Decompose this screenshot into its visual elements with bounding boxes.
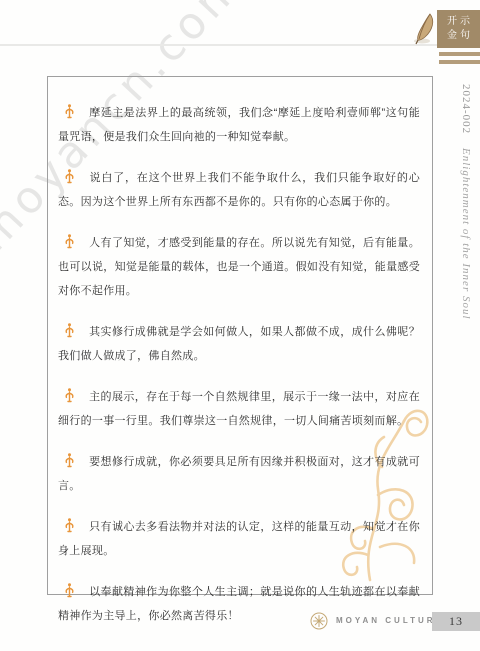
badge-decor-bar: [439, 60, 480, 64]
side-caption-title: Enlightenment of the Inner Soul: [460, 148, 472, 320]
sprout-flame-bullet-icon: [64, 453, 75, 468]
quote-text: 要想修行成就，你必须要具足所有因缘并积极面对，这才有成就可言。: [58, 456, 420, 492]
issue-number: 2024-002: [460, 84, 472, 134]
quote-paragraph: 其实修行成佛就是学会如何做人，如果人都做不成，成什么佛呢？我们做人做成了，佛自然…: [58, 320, 420, 368]
sprout-flame-bullet-icon: [64, 518, 75, 533]
quotes-list: 摩延主是法界上的最高统领，我们念“摩延上度哈利壹师郸”这句能量咒语，便是我们众生…: [48, 77, 432, 628]
sprout-flame-bullet-icon: [64, 104, 75, 119]
page-footer: MOYAN CULTURE 13: [0, 610, 480, 634]
sprout-flame-bullet-icon: [64, 234, 75, 249]
quote-paragraph: 人有了知觉，才感受到能量的存在。所以说先有知觉，后有能量。也可以说，知觉是能量的…: [58, 231, 420, 303]
content-card: 摩延主是法界上的最高统领，我们念“摩延上度哈利壹师郸”这句能量咒语，便是我们众生…: [47, 76, 433, 595]
quote-text: 说白了，在这个世界上我们不能争取什么，我们只能争取好的心态。因为这个世界上所有东…: [58, 172, 420, 208]
quote-paragraph: 只有诚心去多看法物并对法的认定，这样的能量互动，知觉才在你身上展现。: [58, 515, 420, 563]
quote-text: 其实修行成佛就是学会如何做人，如果人都做不成，成什么佛呢？我们做人做成了，佛自然…: [58, 326, 420, 362]
side-caption: 2024-002 Enlightenment of the Inner Soul: [460, 84, 472, 314]
sprout-flame-bullet-icon: [64, 583, 75, 598]
badge-decor-bar: [439, 52, 480, 56]
badge-text-line2: 金句: [444, 29, 473, 43]
quote-paragraph: 摩延主是法界上的最高统领，我们念“摩延上度哈利壹师郸”这句能量咒语，便是我们众生…: [58, 101, 420, 149]
quote-text: 摩延主是法界上的最高统领，我们念“摩延上度哈利壹师郸”这句能量咒语，便是我们众生…: [58, 107, 420, 143]
sprout-flame-bullet-icon: [64, 388, 75, 403]
header-badge: 开示 金句: [437, 10, 480, 48]
header-divider-line: [0, 44, 437, 46]
rice-asterisk-logo-icon: [310, 612, 328, 630]
badge-text-line1: 开示: [444, 15, 473, 29]
sprout-flame-bullet-icon: [64, 169, 75, 184]
quote-paragraph: 主的展示，存在于每一个自然规律里，展示于一缘一法中，对应在细行的一事一行里。我们…: [58, 385, 420, 433]
page-number: 13: [432, 612, 480, 631]
quote-text: 人有了知觉，才感受到能量的存在。所以说先有知觉，后有能量。也可以说，知觉是能量的…: [58, 237, 420, 297]
quote-text: 主的展示，存在于每一个自然规律里，展示于一缘一法中，对应在细行的一事一行里。我们…: [58, 391, 420, 427]
sprout-flame-bullet-icon: [64, 323, 75, 338]
quote-paragraph: 要想修行成就，你必须要具足所有因缘并积极面对，这才有成就可言。: [58, 450, 420, 498]
quote-paragraph: 说白了，在这个世界上我们不能争取什么，我们只能争取好的心态。因为这个世界上所有东…: [58, 166, 420, 214]
quote-text: 只有诚心去多看法物并对法的认定，这样的能量互动，知觉才在你身上展现。: [58, 521, 420, 557]
quill-feather-icon: [412, 12, 436, 46]
brand-name: MOYAN CULTURE: [336, 616, 444, 625]
